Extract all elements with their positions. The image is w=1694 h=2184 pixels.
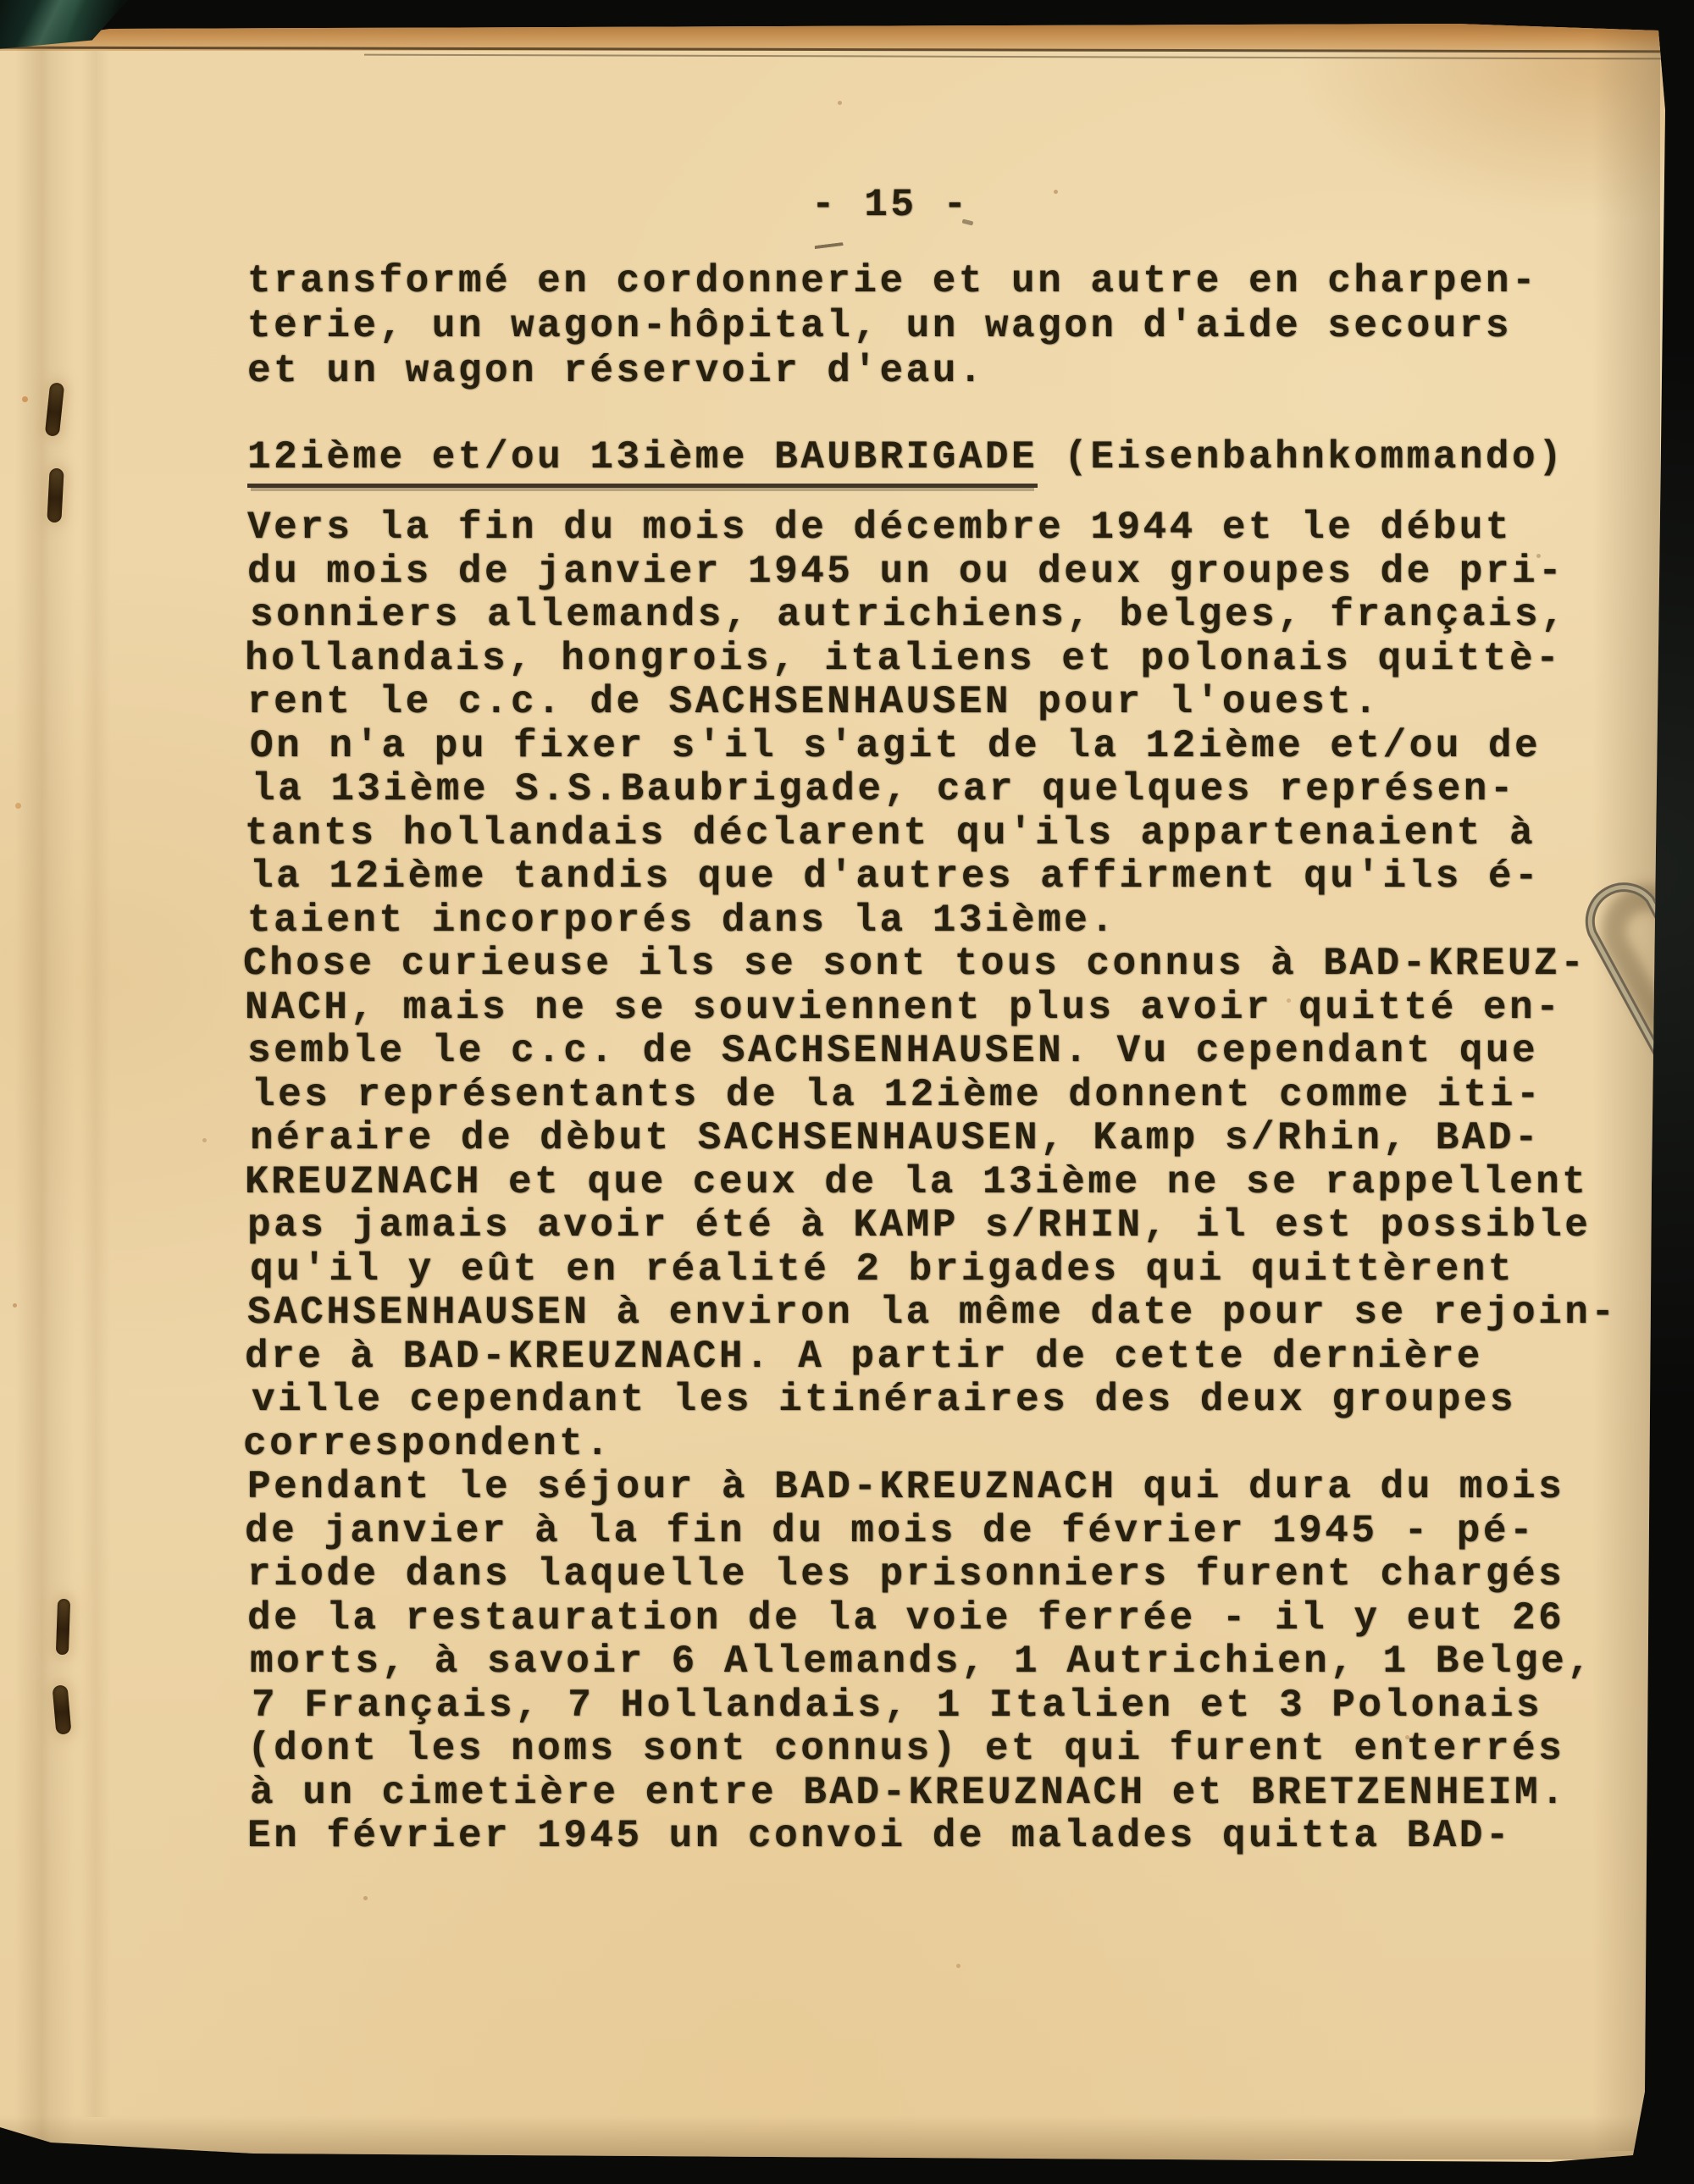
text-line: semble le c.c. de SACHSENHAUSEN. Vu cepe… [247,1030,1617,1074]
text-line: à un cimetière entre BAD-KREUZNACH et BR… [250,1772,1619,1816]
text-line: hollandais, hongrois, italiens et polona… [245,638,1614,682]
text-line: En février 1945 un convoi de malades qui… [247,1815,1617,1859]
text-line: transformé en cordonnerie et un autre en… [247,259,1538,304]
text-line: et un wagon réservoir d'eau. [247,349,1538,394]
text-line: la 12ième tandis que d'autres affirment … [250,855,1619,899]
text-line: Chose curieuse ils se sont tous connus à… [243,943,1613,987]
section-heading-suffix: (Eisenbahnkommando) [1038,435,1564,479]
text-line: correspondent. [243,1423,1613,1467]
section-heading: 12ième et/ou 13ième BAUBRIGADE (Eisenbah… [247,435,1564,479]
text-line: ville cependant les itinéraires des deux… [252,1379,1621,1423]
text-line: dre à BAD-KREUZNACH. A partir de cette d… [245,1335,1614,1380]
paper-top-crease-line-2 [364,54,1665,60]
text-line: 7 Français, 7 Hollandais, 1 Italien et 3… [252,1684,1621,1728]
paper-sheet: - 15 - transformé en cordonnerie et un a… [0,0,1694,2184]
text-line: On n'a pu fixer s'il s'agit de la 12ième… [250,725,1619,769]
text-line: du mois de janvier 1945 un ou deux group… [247,550,1617,594]
text-line: riode dans laquelle les prisonniers fure… [247,1553,1617,1597]
paper-left-fold-crease-2 [81,51,110,2117]
page-number: - 15 - [811,183,970,227]
ink-smudge [814,242,844,255]
text-line: pas jamais avoir été à KAMP s/RHIN, il e… [247,1204,1617,1248]
intro-paragraph: transformé en cordonnerie et un autre en… [247,259,1538,394]
text-line: (dont les noms sont connus) et qui furen… [247,1728,1617,1772]
text-line: néraire de dèbut SACHSENHAUSEN, Kamp s/R… [250,1117,1619,1161]
text-line: KREUZNACH et que ceux de la 13ième ne se… [245,1161,1614,1205]
text-line: NACH, mais ne se souviennent plus avoir … [245,987,1614,1031]
text-line: de janvier à la fin du mois de février 1… [245,1510,1614,1554]
paper-bottom-edge-shadow [0,2115,1694,2159]
text-line: les représentants de la 12ième donnent c… [252,1074,1621,1118]
body-paragraphs: Vers la fin du mois de décembre 1944 et … [247,506,1617,1859]
paper-left-fold-crease [15,34,75,2143]
text-line: taient incorporés dans la 13ième. [247,899,1617,943]
text-line: Pendant le séjour à BAD-KREUZNACH qui du… [247,1466,1617,1510]
binding-hole-mark [56,1599,70,1655]
text-line: rent le c.c. de SACHSENHAUSEN pour l'oue… [247,681,1617,725]
text-line: morts, à savoir 6 Allemands, 1 Autrichie… [250,1640,1619,1684]
binding-hole-mark [47,468,64,523]
section-heading-underlined: 12ième et/ou 13ième BAUBRIGADE [247,435,1038,488]
scanned-document-photo: { "document": { "page_number": "- 15 -",… [0,0,1694,2184]
text-line: sonniers allemands, autrichiens, belges,… [250,594,1619,638]
text-line: de la restauration de la voie ferrée - i… [247,1597,1617,1641]
text-line: terie, un wagon-hôpital, un wagon d'aide… [247,304,1538,349]
text-line: tants hollandais déclarent qu'ils appart… [245,812,1614,856]
text-line: Vers la fin du mois de décembre 1944 et … [247,506,1617,550]
text-line: la 13ième S.S.Baubrigade, car quelques r… [252,768,1621,812]
text-line: SACHSENHAUSEN à environ la même date pou… [247,1291,1617,1335]
text-line: qu'il y eût en réalité 2 brigades qui qu… [250,1248,1619,1292]
